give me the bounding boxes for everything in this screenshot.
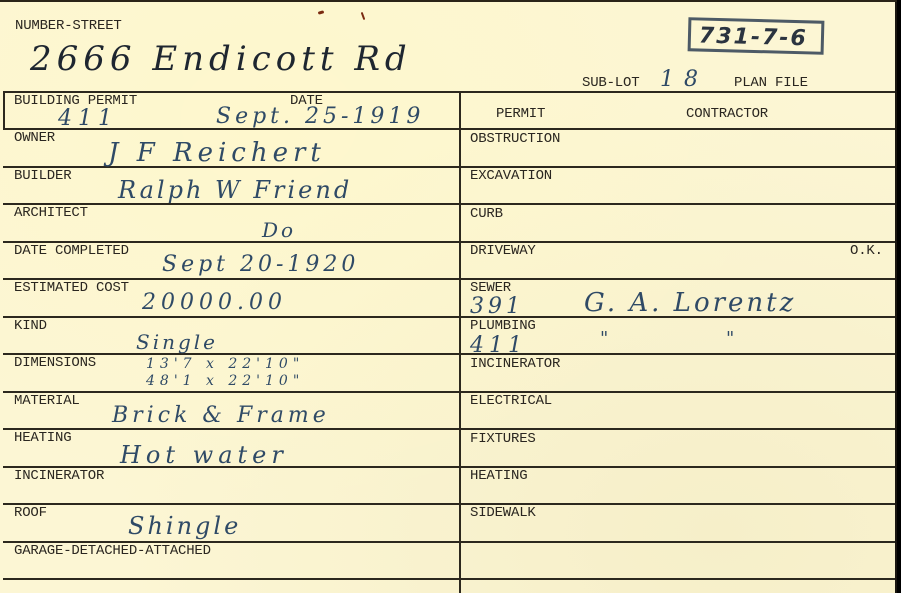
rule-line [3, 91, 897, 93]
architect-value: Do [262, 220, 296, 240]
owner-value: J F Reichert [108, 140, 326, 166]
number-street-value: 2666 Endicott Rd [30, 42, 412, 76]
rule-line [3, 278, 897, 280]
incinerator-label: INCINERATOR [14, 469, 104, 483]
plan-file-label: PLAN FILE [734, 76, 808, 90]
driveway-note: O.K. [850, 244, 883, 258]
architect-label: ARCHITECT [14, 206, 88, 220]
plumbing-contractor-value: " " [600, 330, 742, 348]
sub-lot-value: 18 [660, 69, 708, 91]
column-divider [459, 91, 461, 593]
material-label: MATERIAL [14, 394, 80, 408]
dimensions-label: DIMENSIONS [14, 356, 96, 370]
plumbing-label: PLUMBING [470, 319, 536, 333]
dimensions-value-line1: 13'7 x 22'10" [146, 357, 304, 371]
rule-line [3, 503, 897, 505]
garage-label: GARAGE-DETACHED-ATTACHED [14, 544, 211, 558]
building-permit-card: NUMBER-STREET 2666 Endicott Rd 731-7-6 S… [0, 0, 897, 593]
number-street-label: NUMBER-STREET [15, 19, 122, 33]
driveway-label: DRIVEWAY [470, 244, 536, 258]
sewer-contractor-value: G. A. Lorentz [584, 290, 796, 316]
file-number-stamp: 731-7-6 [688, 17, 825, 55]
file-number: 731-7-6 [699, 24, 808, 52]
sub-lot-label: SUB-LOT [582, 76, 639, 90]
builder-value: Ralph W Friend [118, 178, 352, 202]
incinerator-permit-label: INCINERATOR [470, 357, 560, 371]
permit-date-value: Sept. 25-1919 [216, 106, 424, 128]
dimensions-value-line2: 48'1 x 22'10" [146, 374, 304, 388]
heating-value: Hot water [120, 443, 288, 467]
owner-label: OWNER [14, 131, 55, 145]
material-value: Brick & Frame [112, 405, 330, 427]
roof-value: Shingle [128, 514, 241, 538]
date-completed-value: Sept 20-1920 [162, 254, 359, 276]
estimated-cost-value: 20000.00 [142, 292, 287, 314]
rule-line [3, 428, 897, 430]
kind-value: Single [136, 332, 218, 352]
heating-permit-label: HEATING [470, 469, 527, 483]
building-permit-value: 411 [58, 108, 118, 130]
rule-line [3, 578, 897, 580]
estimated-cost-label: ESTIMATED COST [14, 281, 129, 295]
ink-speck [361, 12, 366, 20]
sewer-permit-value: 391 [470, 296, 524, 318]
sewer-label: SEWER [470, 281, 511, 295]
plumbing-permit-value: 411 [470, 335, 527, 357]
card-left-edge [3, 91, 5, 129]
rule-line [3, 241, 897, 243]
builder-label: BUILDER [14, 169, 71, 183]
fixtures-label: FIXTURES [470, 432, 536, 446]
excavation-label: EXCAVATION [470, 169, 552, 183]
date-completed-label: DATE COMPLETED [14, 244, 129, 258]
rule-line [3, 128, 897, 130]
card-right-edge [895, 2, 897, 593]
rule-line [3, 391, 897, 393]
curb-label: CURB [470, 207, 503, 221]
electrical-label: ELECTRICAL [470, 394, 552, 408]
kind-label: KIND [14, 319, 47, 333]
heating-label: HEATING [14, 431, 71, 445]
ink-speck [318, 10, 325, 14]
permit-header: PERMIT [496, 107, 545, 121]
obstruction-label: OBSTRUCTION [470, 132, 560, 146]
sidewalk-label: SIDEWALK [470, 506, 536, 520]
contractor-header: CONTRACTOR [686, 107, 768, 121]
roof-label: ROOF [14, 506, 47, 520]
